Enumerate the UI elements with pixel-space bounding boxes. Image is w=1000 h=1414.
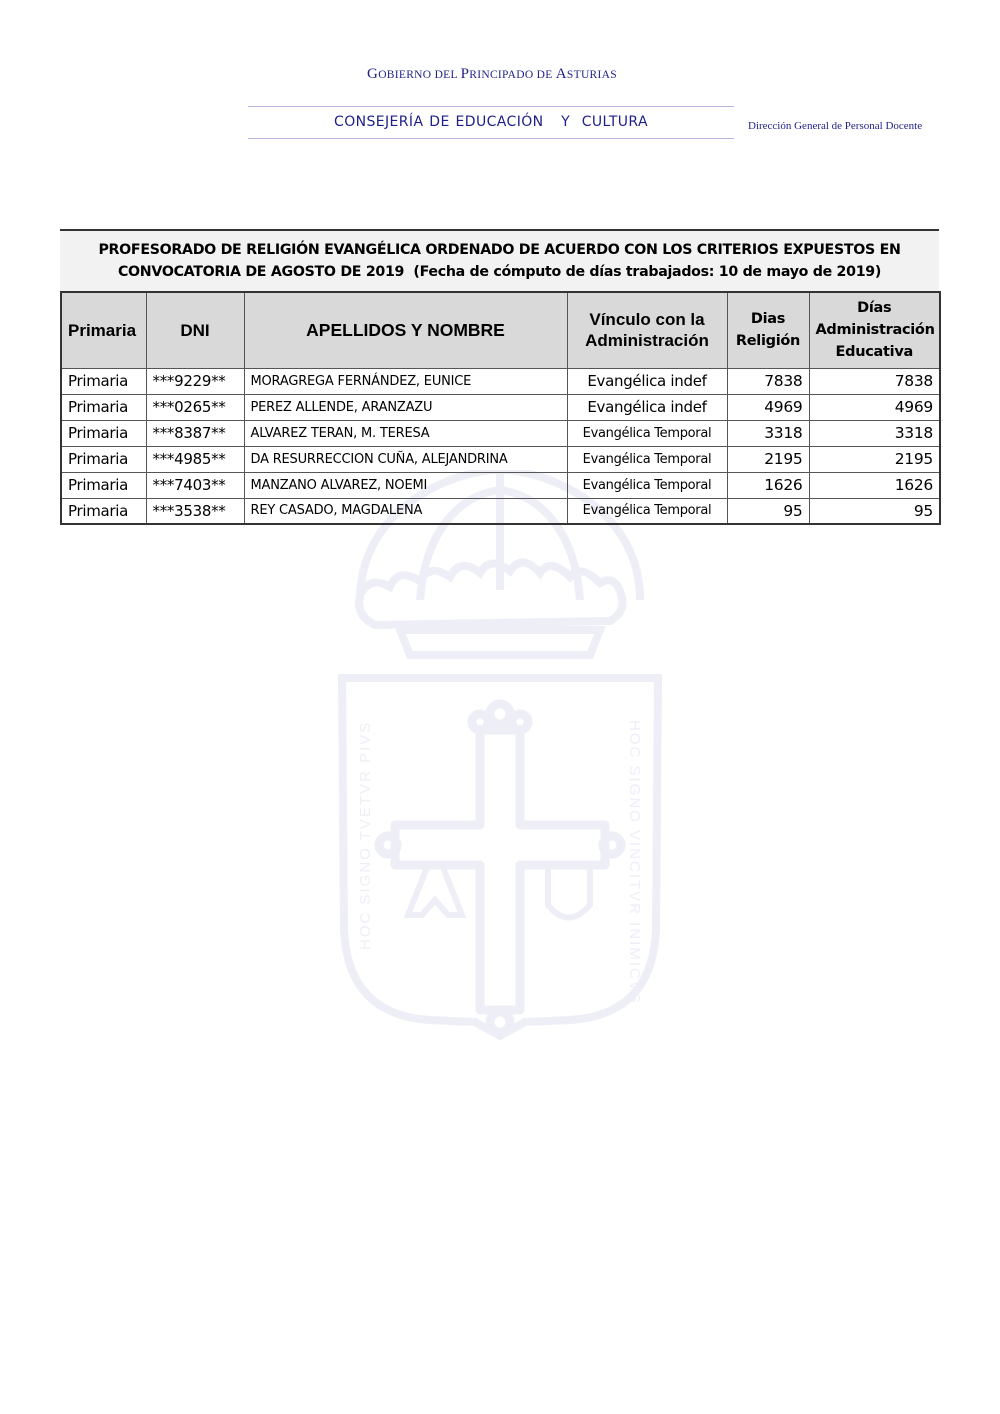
cell-dias-religion: 3318	[727, 420, 809, 446]
watermark-motto-left: HOC SIGNO TVETVR PIVS	[357, 721, 374, 950]
cell-dni: ***0265**	[146, 394, 244, 420]
cell-dias-administracion: 1626	[809, 472, 940, 498]
cell-nombre: DA RESURRECCION CUÑA, ALEJANDRINA	[244, 446, 567, 472]
cell-nombre: REY CASADO, MAGDALENA	[244, 498, 567, 524]
column-header-dni: DNI	[146, 292, 244, 368]
document-title-line-2: CONVOCATORIA DE AGOSTO DE 2019 (Fecha de…	[60, 261, 939, 283]
coat-of-arms-watermark-icon: HOC SIGNO TVETVR PIVS HOC SIGNO VINCITVR…	[330, 470, 670, 1050]
cell-nombre: PEREZ ALLENDE, ARANZAZU	[244, 394, 567, 420]
cell-etapa: Primaria	[61, 446, 146, 472]
cell-dias-administracion: 95	[809, 498, 940, 524]
cell-vinculo: Evangélica Temporal	[567, 420, 727, 446]
cell-dias-administracion: 4969	[809, 394, 940, 420]
column-header-vinculo: Vínculo con la Administración	[567, 292, 727, 368]
table-row: Primaria***7403**MANZANO ALVAREZ, NOEMIE…	[61, 472, 940, 498]
cell-dni: ***7403**	[146, 472, 244, 498]
directorate-name: Dirección General de Personal Docente	[748, 120, 922, 132]
department-name: CONSEJERÍA DE EDUCACIÓN Y CULTURA	[248, 114, 734, 130]
watermark-motto-right: HOC SIGNO VINCITVR INIMICVS	[626, 720, 643, 1005]
cell-vinculo: Evangélica indef	[567, 394, 727, 420]
document-title-line-1: PROFESORADO DE RELIGIÓN EVANGÉLICA ORDEN…	[60, 231, 939, 261]
cell-nombre: MORAGREGA FERNÁNDEZ, EUNICE	[244, 368, 567, 394]
cell-dias-administracion: 3318	[809, 420, 940, 446]
document-title-block: PROFESORADO DE RELIGIÓN EVANGÉLICA ORDEN…	[60, 229, 939, 293]
cell-dias-religion: 2195	[727, 446, 809, 472]
cell-vinculo: Evangélica Temporal	[567, 472, 727, 498]
cell-dias-religion: 7838	[727, 368, 809, 394]
header-rule-top	[248, 106, 734, 107]
cell-etapa: Primaria	[61, 420, 146, 446]
cell-etapa: Primaria	[61, 394, 146, 420]
table-row: Primaria***8387**ALVAREZ TERAN, M. TERES…	[61, 420, 940, 446]
table-row: Primaria***0265**PEREZ ALLENDE, ARANZAZU…	[61, 394, 940, 420]
header-rule-bottom	[248, 138, 734, 139]
cell-etapa: Primaria	[61, 472, 146, 498]
column-header-nombre: APELLIDOS Y NOMBRE	[244, 292, 567, 368]
cell-dias-religion: 1626	[727, 472, 809, 498]
cell-vinculo: Evangélica indef	[567, 368, 727, 394]
table-header-row: Primaria DNI APELLIDOS Y NOMBRE Vínculo …	[61, 292, 940, 368]
cell-vinculo: Evangélica Temporal	[567, 498, 727, 524]
cell-dni: ***8387**	[146, 420, 244, 446]
cell-dias-administracion: 2195	[809, 446, 940, 472]
cell-etapa: Primaria	[61, 368, 146, 394]
table-row: Primaria***9229**MORAGREGA FERNÁNDEZ, EU…	[61, 368, 940, 394]
table-row: Primaria***3538**REY CASADO, MAGDALENAEv…	[61, 498, 940, 524]
table-row: Primaria***4985**DA RESURRECCION CUÑA, A…	[61, 446, 940, 472]
teacher-ranking-table: Primaria DNI APELLIDOS Y NOMBRE Vínculo …	[60, 291, 941, 525]
cell-dni: ***9229**	[146, 368, 244, 394]
cell-dias-administracion: 7838	[809, 368, 940, 394]
cell-dni: ***4985**	[146, 446, 244, 472]
cell-nombre: MANZANO ALVAREZ, NOEMI	[244, 472, 567, 498]
column-header-etapa: Primaria	[61, 292, 146, 368]
cell-dias-religion: 4969	[727, 394, 809, 420]
government-title: GOBIERNO DEL PRINCIPADO DE ASTURIAS	[0, 66, 984, 83]
cell-vinculo: Evangélica Temporal	[567, 446, 727, 472]
cell-etapa: Primaria	[61, 498, 146, 524]
cell-dias-religion: 95	[727, 498, 809, 524]
column-header-dias-religion: Dias Religión	[727, 292, 809, 368]
column-header-dias-administracion: Días Administración Educativa	[809, 292, 940, 368]
cell-dni: ***3538**	[146, 498, 244, 524]
cell-nombre: ALVAREZ TERAN, M. TERESA	[244, 420, 567, 446]
